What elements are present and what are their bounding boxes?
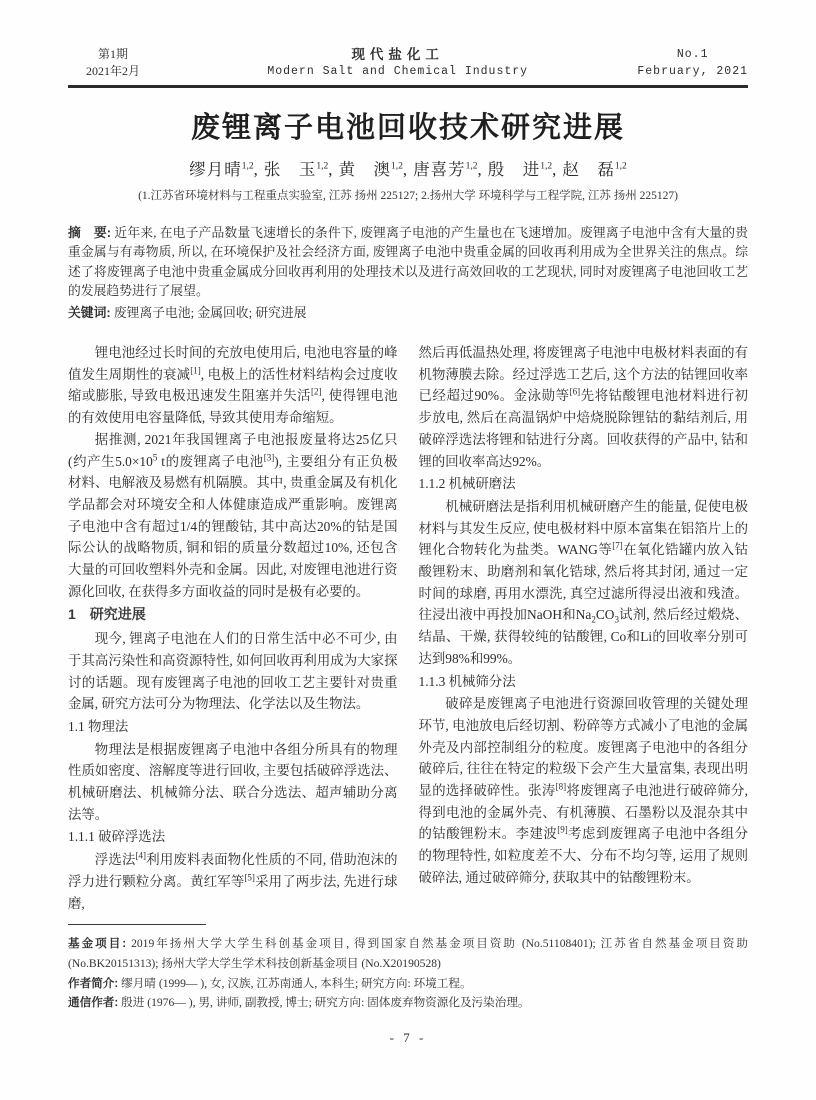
author-affil-sup: 1,2 [242,161,254,171]
author-affil-sup: 1,2 [391,161,403,171]
footnote-text: 殷进 (1976— ), 男, 讲师, 副教授, 博士; 研究方向: 固体废弃物… [121,996,529,1009]
author-name: 缪月晴1,2 [189,160,253,179]
footnote-label: 通信作者: [68,996,118,1009]
footnote-entry: 基金项目: 2019年扬州大学大学生科创基金项目, 得到国家自然基金项目资助 (… [68,934,748,974]
running-head-center: 现代盐化工 Modern Salt and Chemical Industry [267,46,528,80]
subsection-heading: 1.1 物理法 [68,716,398,738]
paragraph: 浮选法[4]利用废料表面物化性质的不同, 借助泡沫的浮力进行颗粒分离。黄红军等[… [68,849,398,914]
right-column: 然后再低温热处理, 将废锂离子电池中电极材料表面的有机物薄膜去除。经过浮选工艺后… [419,342,749,914]
author-affil-sup: 1,2 [466,161,478,171]
header-rule [68,85,748,88]
subsection-heading: 1.1.3 机械筛分法 [419,671,749,693]
footnote-text: 缪月晴 (1999— ), 女, 汉族, 江苏南通人, 本科生; 研究方向: 环… [121,977,471,990]
paragraph: 物理法是根据废锂离子电池中各组分所具有的物理性质如密度、溶解度等进行回收, 主要… [68,739,398,826]
issue-number-cn: 第1期 [68,46,158,63]
subsection-heading: 1.1.1 破碎浮选法 [68,826,398,848]
abstract-label: 摘 要: [68,225,111,240]
footnote-entry: 作者简介: 缪月晴 (1999— ), 女, 汉族, 江苏南通人, 本科生; 研… [68,974,748,994]
issue-date-en: February, 2021 [637,63,748,80]
author-name: 黄 澳1,2 [339,160,403,179]
author-affil-sup: 1,2 [540,161,552,171]
affiliation: (1.江苏省环境材料与工程重点实验室, 江苏 扬州 225127; 2.扬州大学… [68,187,748,203]
footnote-entry: 通信作者: 殷进 (1976— ), 男, 讲师, 副教授, 博士; 研究方向:… [68,993,748,1013]
issue-date-cn: 2021年2月 [68,63,158,80]
author-name: 唐喜芳1,2 [413,160,477,179]
keywords-text: 废锂离子电池; 金属回收; 研究进展 [114,306,307,320]
page-footer: 基金项目: 2019年扬州大学大学生科创基金项目, 得到国家自然基金项目资助 (… [68,924,748,1046]
keywords-block: 关键词: 废锂离子电池; 金属回收; 研究进展 [68,303,748,324]
running-head: 第1期 2021年2月 现代盐化工 Modern Salt and Chemic… [68,46,748,80]
page-number: - 7 - [68,1030,748,1046]
footnote-label: 作者简介: [68,977,118,990]
abstract-text: 近年来, 在电子产品数量飞速增长的条件下, 废锂离子电池的产生量也在飞速增加。废… [68,226,748,299]
paragraph: 现今, 锂离子电池在人们的日常生活中必不可少, 由于其高污染性和高资源特性, 如… [68,628,398,715]
paragraph: 机械研磨法是指利用机械研磨产生的能量, 促使电极材料与其发生反应, 使电极材料中… [419,496,749,670]
journal-title-cn: 现代盐化工 [267,46,528,63]
author-name: 赵 磊1,2 [562,160,626,179]
article-title: 废锂离子电池回收技术研究进展 [68,105,748,146]
author-name: 殷 进1,2 [488,160,552,179]
authors-line: 缪月晴1,2, 张 玉1,2, 黄 澳1,2, 唐喜芳1,2, 殷 进1,2, … [68,156,748,180]
abstract-block: 摘 要: 近年来, 在电子产品数量飞速增长的条件下, 废锂离子电池的产生量也在飞… [68,223,748,302]
issue-number-en: No.1 [637,46,748,63]
paragraph: 破碎是废锂离子电池进行资源回收管理的关键处理环节, 电池放电后经切割、粉碎等方式… [419,693,749,888]
keywords-label: 关键词: [68,305,111,320]
running-head-left: 第1期 2021年2月 [68,46,158,80]
paragraph: 锂电池经过长时间的充放电使用后, 电池电容量的峰值发生周期性的衰减[1], 电极… [68,342,398,429]
section-heading: 1 研究进展 [68,604,398,626]
footnotes: 基金项目: 2019年扬州大学大学生科创基金项目, 得到国家自然基金项目资助 (… [68,934,748,1013]
paragraph: 据推测, 2021年我国锂离子电池报废量将达25亿只 (约产生5.0×105 t… [68,429,398,603]
footnote-rule [68,924,206,925]
author-name: 张 玉1,2 [264,160,328,179]
author-affil-sup: 1,2 [615,161,627,171]
paragraph: 然后再低温热处理, 将废锂离子电池中电极材料表面的有机物薄膜去除。经过浮选工艺后… [419,342,749,472]
footnote-label: 基金项目: [68,937,126,950]
footnote-text: 2019年扬州大学大学生科创基金项目, 得到国家自然基金项目资助 (No.511… [68,937,748,970]
journal-title-en: Modern Salt and Chemical Industry [267,63,528,80]
running-head-right: No.1 February, 2021 [637,46,748,80]
left-column: 锂电池经过长时间的充放电使用后, 电池电容量的峰值发生周期性的衰减[1], 电极… [68,342,398,914]
body-columns: 锂电池经过长时间的充放电使用后, 电池电容量的峰值发生周期性的衰减[1], 电极… [68,342,748,914]
journal-page: 第1期 2021年2月 现代盐化工 Modern Salt and Chemic… [0,0,816,1100]
author-affil-sup: 1,2 [316,161,328,171]
subsection-heading: 1.1.2 机械研磨法 [419,473,749,495]
